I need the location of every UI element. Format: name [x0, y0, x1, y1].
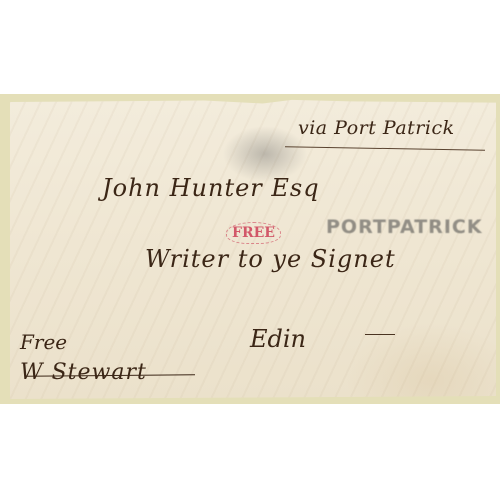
address-city: Edin	[250, 325, 306, 353]
city-dash-mark	[365, 334, 395, 335]
red-free-handstamp: FREE	[226, 222, 281, 244]
address-title: Writer to ye Signet	[145, 245, 396, 273]
free-frank-label: Free	[20, 330, 67, 354]
route-endorsement: via Port Patrick	[298, 117, 455, 139]
frank-signature: W Stewart	[20, 360, 147, 385]
gray-straightline-postmark: PORTPATRICK	[326, 216, 483, 238]
address-name: John Hunter Esq	[102, 174, 320, 202]
